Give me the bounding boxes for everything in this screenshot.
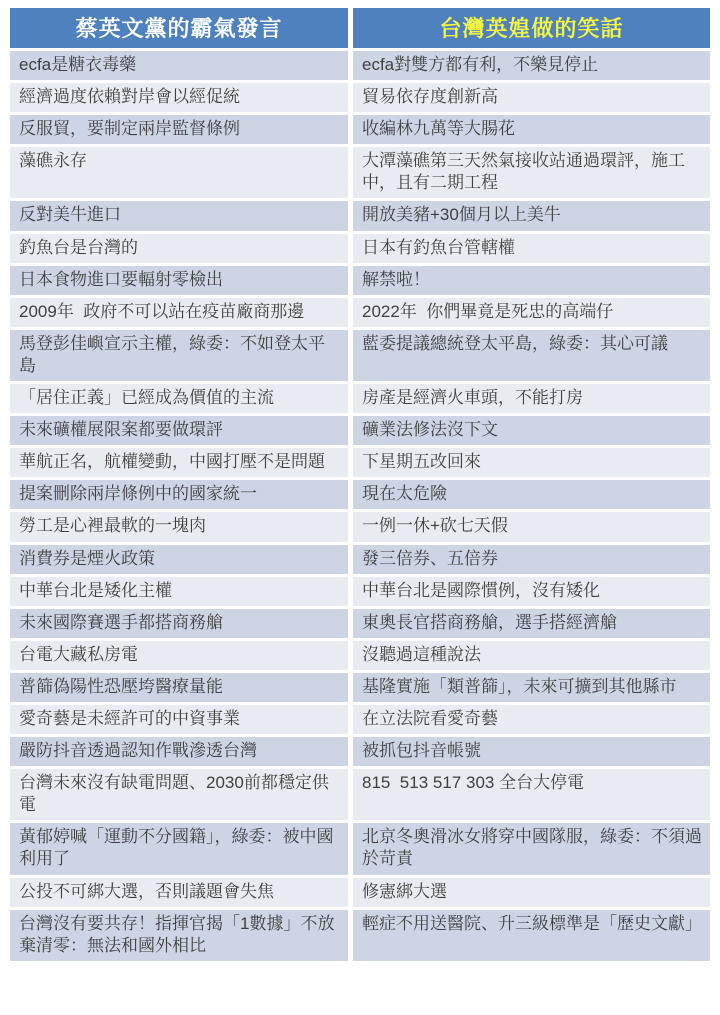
- table-row: 中華台北是矮化主權 中華台北是國際慣例，沒有矮化: [10, 577, 710, 606]
- statement-cell: 提案刪除兩岸條例中的國家統一: [10, 480, 348, 509]
- statement-cell: 2009年 政府不可以站在疫苗廠商那邊: [10, 298, 348, 327]
- statement-cell: 釣魚台是台灣的: [10, 234, 348, 263]
- joke-cell: 大潭藻礁第三天然氣接收站通過環評，施工中，且有二期工程: [353, 147, 710, 198]
- table-row: 普篩偽陽性恐壓垮醫療量能 基隆實施「類普篩」，未來可擴到其他縣市: [10, 673, 710, 702]
- table-row: 台灣沒有要共存！指揮官揭「1數據」不放棄清零：無法和國外相比 輕症不用送醫院、升…: [10, 910, 710, 961]
- table-row: 台灣未來沒有缺電問題、2030前都穩定供電 815 513 517 303 全台…: [10, 769, 710, 820]
- statement-cell: 公投不可綁大選，否則議題會失焦: [10, 878, 348, 907]
- statement-cell: 消費券是煙火政策: [10, 545, 348, 574]
- joke-cell: 發三倍券、五倍券: [353, 545, 710, 574]
- statement-cell: 反服貿，要制定兩岸監督條例: [10, 115, 348, 144]
- statement-cell: 黃郁婷喊「運動不分國籍」，綠委：被中國利用了: [10, 823, 348, 874]
- statement-cell: 日本食物進口要輻射零檢出: [10, 266, 348, 295]
- joke-cell: 礦業法修法沒下文: [353, 416, 710, 445]
- joke-cell: 815 513 517 303 全台大停電: [353, 769, 710, 820]
- header-cell-statements: 蔡英文黨的霸氣發言: [10, 8, 348, 48]
- joke-cell: 收編林九萬等大腸花: [353, 115, 710, 144]
- joke-cell: 被抓包抖音帳號: [353, 737, 710, 766]
- joke-cell: 一例一休+砍七天假: [353, 512, 710, 541]
- table-row: 消費券是煙火政策 發三倍券、五倍券: [10, 545, 710, 574]
- statement-cell: 台灣沒有要共存！指揮官揭「1數據」不放棄清零：無法和國外相比: [10, 910, 348, 961]
- table-row: 2009年 政府不可以站在疫苗廠商那邊 2022年 你們畢竟是死忠的高端仔: [10, 298, 710, 327]
- table-body: ecfa是糖衣毒藥 ecfa對雙方都有利，不樂見停止 經濟過度依賴對岸會以經促統…: [10, 51, 710, 961]
- joke-cell: 日本有釣魚台管轄權: [353, 234, 710, 263]
- joke-cell: 沒聽過這種說法: [353, 641, 710, 670]
- statement-cell: 馬登彭佳嶼宣示主權，綠委：不如登太平島: [10, 330, 348, 381]
- joke-cell: 北京冬奧滑冰女將穿中國隊服，綠委：不須過於苛責: [353, 823, 710, 874]
- table-row: 勞工是心裡最軟的一塊肉 一例一休+砍七天假: [10, 512, 710, 541]
- table-row: 公投不可綁大選，否則議題會失焦 修憲綁大選: [10, 878, 710, 907]
- table-row: ecfa是糖衣毒藥 ecfa對雙方都有利，不樂見停止: [10, 51, 710, 80]
- table-row: 反對美牛進口 開放美豬+30個月以上美牛: [10, 201, 710, 230]
- header-cell-jokes: 台灣英媓做的笑話: [353, 8, 710, 48]
- statement-cell: 華航正名，航權變動，中國打壓不是問題: [10, 448, 348, 477]
- table-row: 未來礦權展限案都要做環評 礦業法修法沒下文: [10, 416, 710, 445]
- joke-cell: 下星期五改回來: [353, 448, 710, 477]
- statement-cell: 反對美牛進口: [10, 201, 348, 230]
- header-row: 蔡英文黨的霸氣發言 台灣英媓做的笑話: [10, 8, 710, 48]
- statement-cell: 勞工是心裡最軟的一塊肉: [10, 512, 348, 541]
- table-row: 釣魚台是台灣的 日本有釣魚台管轄權: [10, 234, 710, 263]
- table-row: 提案刪除兩岸條例中的國家統一 現在太危險: [10, 480, 710, 509]
- statement-cell: 「居住正義」已經成為價值的主流: [10, 384, 348, 413]
- statement-cell: 普篩偽陽性恐壓垮醫療量能: [10, 673, 348, 702]
- joke-cell: ecfa對雙方都有利，不樂見停止: [353, 51, 710, 80]
- table-row: 華航正名，航權變動，中國打壓不是問題 下星期五改回來: [10, 448, 710, 477]
- table-row: 日本食物進口要輻射零檢出 解禁啦！: [10, 266, 710, 295]
- table-row: 黃郁婷喊「運動不分國籍」，綠委：被中國利用了 北京冬奧滑冰女將穿中國隊服，綠委：…: [10, 823, 710, 874]
- joke-cell: 修憲綁大選: [353, 878, 710, 907]
- joke-cell: 基隆實施「類普篩」，未來可擴到其他縣市: [353, 673, 710, 702]
- statement-cell: 藻礁永存: [10, 147, 348, 198]
- table-row: 「居住正義」已經成為價值的主流 房產是經濟火車頭，不能打房: [10, 384, 710, 413]
- table-row: 嚴防抖音透過認知作戰滲透台灣 被抓包抖音帳號: [10, 737, 710, 766]
- joke-cell: 2022年 你們畢竟是死忠的高端仔: [353, 298, 710, 327]
- statement-cell: ecfa是糖衣毒藥: [10, 51, 348, 80]
- statement-cell: 中華台北是矮化主權: [10, 577, 348, 606]
- joke-cell: 現在太危險: [353, 480, 710, 509]
- joke-cell: 在立法院看愛奇藝: [353, 705, 710, 734]
- table-header: 蔡英文黨的霸氣發言 台灣英媓做的笑話: [10, 8, 710, 48]
- table-row: 反服貿，要制定兩岸監督條例 收編林九萬等大腸花: [10, 115, 710, 144]
- table-row: 經濟過度依賴對岸會以經促統 貿易依存度創新高: [10, 83, 710, 112]
- joke-cell: 解禁啦！: [353, 266, 710, 295]
- statement-cell: 嚴防抖音透過認知作戰滲透台灣: [10, 737, 348, 766]
- statement-cell: 經濟過度依賴對岸會以經促統: [10, 83, 348, 112]
- table-row: 愛奇藝是未經許可的中資事業 在立法院看愛奇藝: [10, 705, 710, 734]
- statement-cell: 台電大藏私房電: [10, 641, 348, 670]
- table-row: 台電大藏私房電 沒聽過這種說法: [10, 641, 710, 670]
- joke-cell: 藍委提議總統登太平島，綠委：其心可議: [353, 330, 710, 381]
- joke-cell: 東奧長官搭商務艙，選手搭經濟艙: [353, 609, 710, 638]
- joke-cell: 貿易依存度創新高: [353, 83, 710, 112]
- statement-cell: 愛奇藝是未經許可的中資事業: [10, 705, 348, 734]
- joke-cell: 房產是經濟火車頭，不能打房: [353, 384, 710, 413]
- joke-cell: 中華台北是國際慣例，沒有矮化: [353, 577, 710, 606]
- table-row: 未來國際賽選手都搭商務艙 東奧長官搭商務艙，選手搭經濟艙: [10, 609, 710, 638]
- table-row: 藻礁永存 大潭藻礁第三天然氣接收站通過環評，施工中，且有二期工程: [10, 147, 710, 198]
- statement-cell: 未來國際賽選手都搭商務艙: [10, 609, 348, 638]
- statement-cell: 台灣未來沒有缺電問題、2030前都穩定供電: [10, 769, 348, 820]
- statement-cell: 未來礦權展限案都要做環評: [10, 416, 348, 445]
- joke-cell: 輕症不用送醫院、升三級標準是「歷史文獻」: [353, 910, 710, 961]
- table-row: 馬登彭佳嶼宣示主權，綠委：不如登太平島 藍委提議總統登太平島，綠委：其心可議: [10, 330, 710, 381]
- comparison-table: 蔡英文黨的霸氣發言 台灣英媓做的笑話 ecfa是糖衣毒藥 ecfa對雙方都有利，…: [5, 5, 715, 964]
- joke-cell: 開放美豬+30個月以上美牛: [353, 201, 710, 230]
